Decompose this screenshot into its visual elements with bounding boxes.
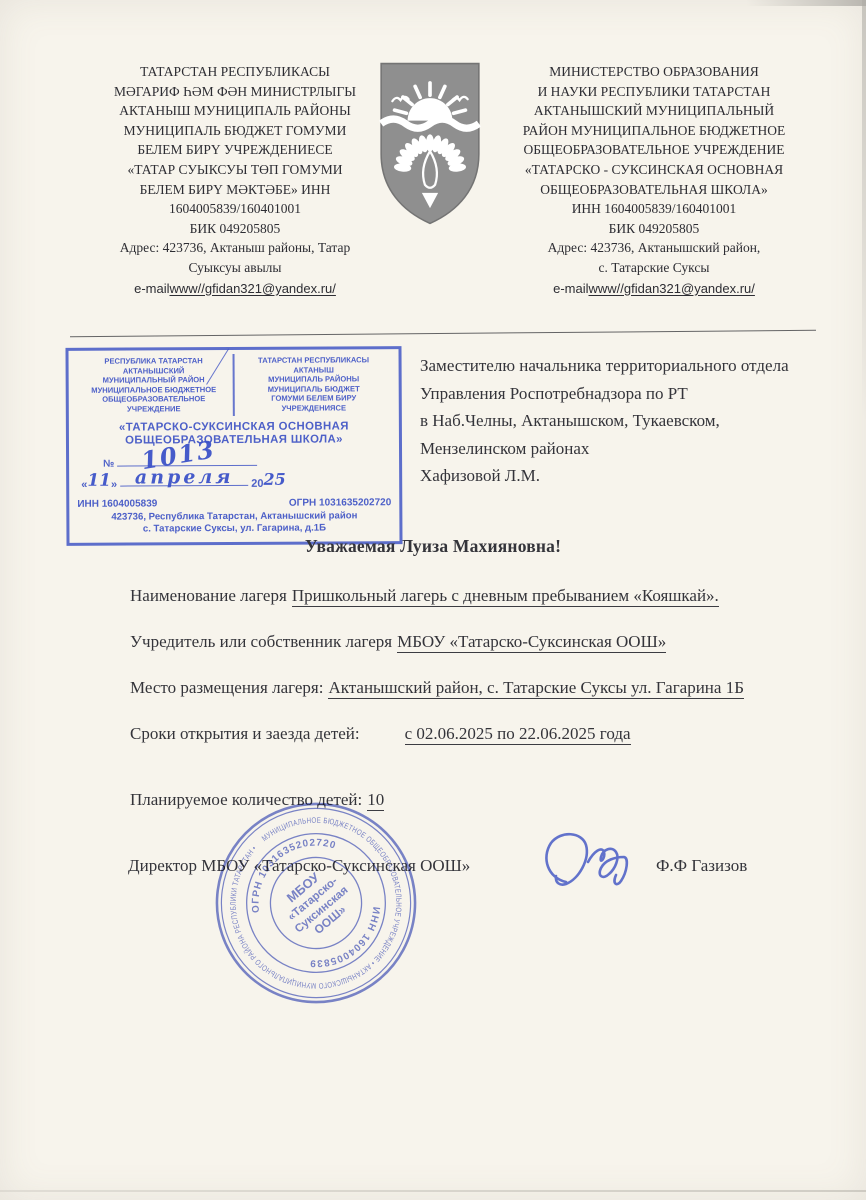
stamp-line: УЧРЕЖДЕНИЯСЕ (238, 403, 390, 413)
letterhead-line: БИК 049205805 (492, 219, 816, 239)
letterhead-russian: МИНИСТЕРСТВО ОБРАЗОВАНИЯ И НАУКИ РЕСПУБЛ… (492, 62, 816, 298)
stamp-column-tatar: ТАТАРСТАН РЕСПУБЛИКАСЫ АКТАНЫШ МУНИЦИПАЛ… (233, 353, 393, 415)
letterhead-line: Адрес: 423736, Актаныш районы, Татар (84, 238, 386, 258)
email-line: e-mailwww//gfidan321@yandex.ru/ (84, 279, 386, 299)
stamp-line: ТАТАРСТАН РЕСПУБЛИКАСЫ (238, 355, 390, 365)
letterhead-line: ИНН 1604005839/160401001 (492, 199, 816, 219)
director-signature (536, 824, 648, 904)
recipient-line: в Наб.Челны, Актанышском, Тукаевском, (420, 407, 816, 435)
email-label: e-mail (134, 281, 169, 296)
year-prefix: 20 (251, 477, 263, 489)
camp-name-value: Пришкольный лагерь с дневным пребыванием… (292, 586, 719, 607)
stamp-column-russian: РЕСПУБЛИКА ТАТАРСТАН АКТАНЫШСКИЙ МУНИЦИП… (75, 354, 233, 416)
email-line: e-mailwww//gfidan321@yandex.ru/ (492, 279, 816, 299)
stamp-date-line: «11» апреля 2025 (81, 469, 393, 493)
registration-stamp: РЕСПУБЛИКА ТАТАРСТАН АКТАНЫШСКИЙ МУНИЦИП… (65, 346, 402, 545)
stamp-inn: ИНН 1604005839 (77, 498, 157, 509)
dates-row: Сроки открытия и заезда детей:с 02.06.20… (130, 724, 830, 744)
owner-value: МБОУ «Татарско-Суксинская ООШ» (397, 632, 666, 653)
stamp-address-line: 423736, Республика Татарстан, Актанышски… (75, 510, 393, 524)
recipient-block: Заместителю начальника территориального … (420, 352, 816, 490)
stamp-line: УЧРЕЖДЕНИЕ (78, 404, 230, 414)
stamp-address-line: с. Татарские Суксы, ул. Гагарина, д.1Б (75, 522, 393, 536)
stamp-school-name: «ТАТАРСКО-СУКСИНСКАЯ ОСНОВНАЯ ОБЩЕОБРАЗО… (75, 420, 393, 449)
letterhead-line: БЕЛЕМ БИРҮ МӘКТӘБЕ» ИНН (84, 180, 386, 200)
stamp-ogrn: ОГРН 1031635202720 (289, 497, 391, 509)
stamp-address: 423736, Республика Татарстан, Актанышски… (75, 510, 393, 537)
location-row: Место размещения лагеря:Актанышский райо… (130, 678, 830, 698)
letterhead-tatar: ТАТАРСТАН РЕСПУБЛИКАСЫ МӘГАРИФ ҺӘМ ФӘН М… (84, 62, 386, 298)
owner-row: Учредитель или собственник лагеряМБОУ «Т… (130, 632, 830, 652)
salutation: Уважаемая Луиза Махияновна! (0, 536, 866, 557)
camp-name-row: Наименование лагеряПришкольный лагерь с … (130, 586, 830, 606)
stamp-school-line: ОБЩЕОБРАЗОВАТЕЛЬНАЯ ШКОЛА» (75, 433, 393, 448)
stamp-school-line: «ТАТАРСКО-СУКСИНСКАЯ ОСНОВНАЯ (75, 420, 393, 435)
letterhead-line: ОБЩЕОБРАЗОВАТЕЛЬНАЯ ШКОЛА» (492, 180, 816, 200)
letterhead-line: И НАУКИ РЕСПУБЛИКИ ТАТАРСТАН (492, 82, 816, 102)
location-label: Место размещения лагеря: (130, 678, 323, 697)
letterhead-line: РАЙОН МУНИЦИПАЛЬНОЕ БЮДЖЕТНОЕ (492, 121, 816, 141)
letterhead-line: ТАТАРСТАН РЕСПУБЛИКАСЫ (84, 62, 386, 82)
header-divider-line (70, 330, 816, 338)
month-rule: апреля (120, 469, 248, 486)
handwritten-day: 11 (87, 470, 111, 490)
dates-label: Сроки открытия и заезда детей: (130, 724, 360, 743)
letterhead-line: «ТАТАРСКО - СУКСИНСКАЯ ОСНОВНАЯ (492, 160, 816, 180)
email-address: www//gfidan321@yandex.ru/ (589, 281, 755, 296)
recipient-line: Хафизовой Л.М. (420, 462, 816, 490)
letterhead-line: БЕЛЕМ БИРҮ УЧРЕЖДЕНИЕСЕ (84, 140, 386, 160)
stamp-columns: РЕСПУБЛИКА ТАТАРСТАН АКТАНЫШСКИЙ МУНИЦИП… (75, 353, 393, 416)
handwritten-year: 25 (263, 469, 285, 488)
recipient-line: Заместителю начальника территориального … (420, 352, 816, 380)
round-seal: МУНИЦИПАЛЬНОЕ БЮДЖЕТНОЕ ОБЩЕОБРАЗОВАТЕЛЬ… (212, 799, 420, 1007)
letterhead-line: Адрес: 423736, Актанышский район, (492, 238, 816, 258)
email-label: e-mail (553, 281, 588, 296)
email-address: www//gfidan321@yandex.ru/ (170, 281, 336, 296)
letterhead-line: с. Татарские Суксы (492, 258, 816, 278)
quote-close: » (111, 478, 117, 490)
number-sign: № (103, 458, 114, 469)
scan-edge-right (862, 0, 866, 420)
letterhead-line: АКТАНЫШ МУНИЦИПАЛЬ РАЙОНЫ (84, 101, 386, 121)
aktanysh-coat-of-arms (374, 56, 486, 232)
dates-value: с 02.06.2025 по 22.06.2025 года (405, 724, 631, 745)
stamp-line: МУНИЦИПАЛЬНОЕ БЮДЖЕТНОЕ (78, 385, 230, 395)
letterhead-line: «ТАТАР СУЫКСУЫ ТӨП ГОМУМИ (84, 160, 386, 180)
owner-label: Учредитель или собственник лагеря (130, 632, 392, 651)
scan-edge-top (746, 0, 866, 6)
handwritten-month: апреля (135, 466, 234, 489)
letterhead-line: Суыксуы авылы (84, 258, 386, 278)
letterhead-line: МУНИЦИПАЛЬ БЮДЖЕТ ГОМУМИ (84, 121, 386, 141)
letterhead-line: АКТАНЫШСКИЙ МУНИЦИПАЛЬНЫЙ (492, 101, 816, 121)
letterhead-line: МИНИСТЕРСТВО ОБРАЗОВАНИЯ (492, 62, 816, 82)
recipient-line: Мензелинском районах (420, 435, 816, 463)
letterhead-line: БИК 049205805 (84, 219, 386, 239)
recipient-line: Управления Роспотребнадзора по РТ (420, 380, 816, 408)
letterhead-line: МӘГАРИФ ҺӘМ ФӘН МИНИСТРЛЫГЫ (84, 82, 386, 102)
seal-center-text: МБОУ «Татарско- Суксинская ООШ» (273, 861, 359, 946)
camp-name-label: Наименование лагеря (130, 586, 287, 605)
location-value: Актанышский район, с. Татарские Суксы ул… (328, 678, 744, 699)
scanned-letter-page: ТАТАРСТАН РЕСПУБЛИКАСЫ МӘГАРИФ ҺӘМ ФӘН М… (0, 0, 866, 1200)
director-name: Ф.Ф Газизов (656, 856, 747, 876)
stamp-codes-row: ИНН 1604005839 ОГРН 1031635202720 (75, 497, 393, 510)
letterhead-line: 1604005839/160401001 (84, 199, 386, 219)
letterhead-line: ОБЩЕОБРАЗОВАТЕЛЬНОЕ УЧРЕЖДЕНИЕ (492, 140, 816, 160)
scan-edge-bottom (0, 1190, 866, 1192)
